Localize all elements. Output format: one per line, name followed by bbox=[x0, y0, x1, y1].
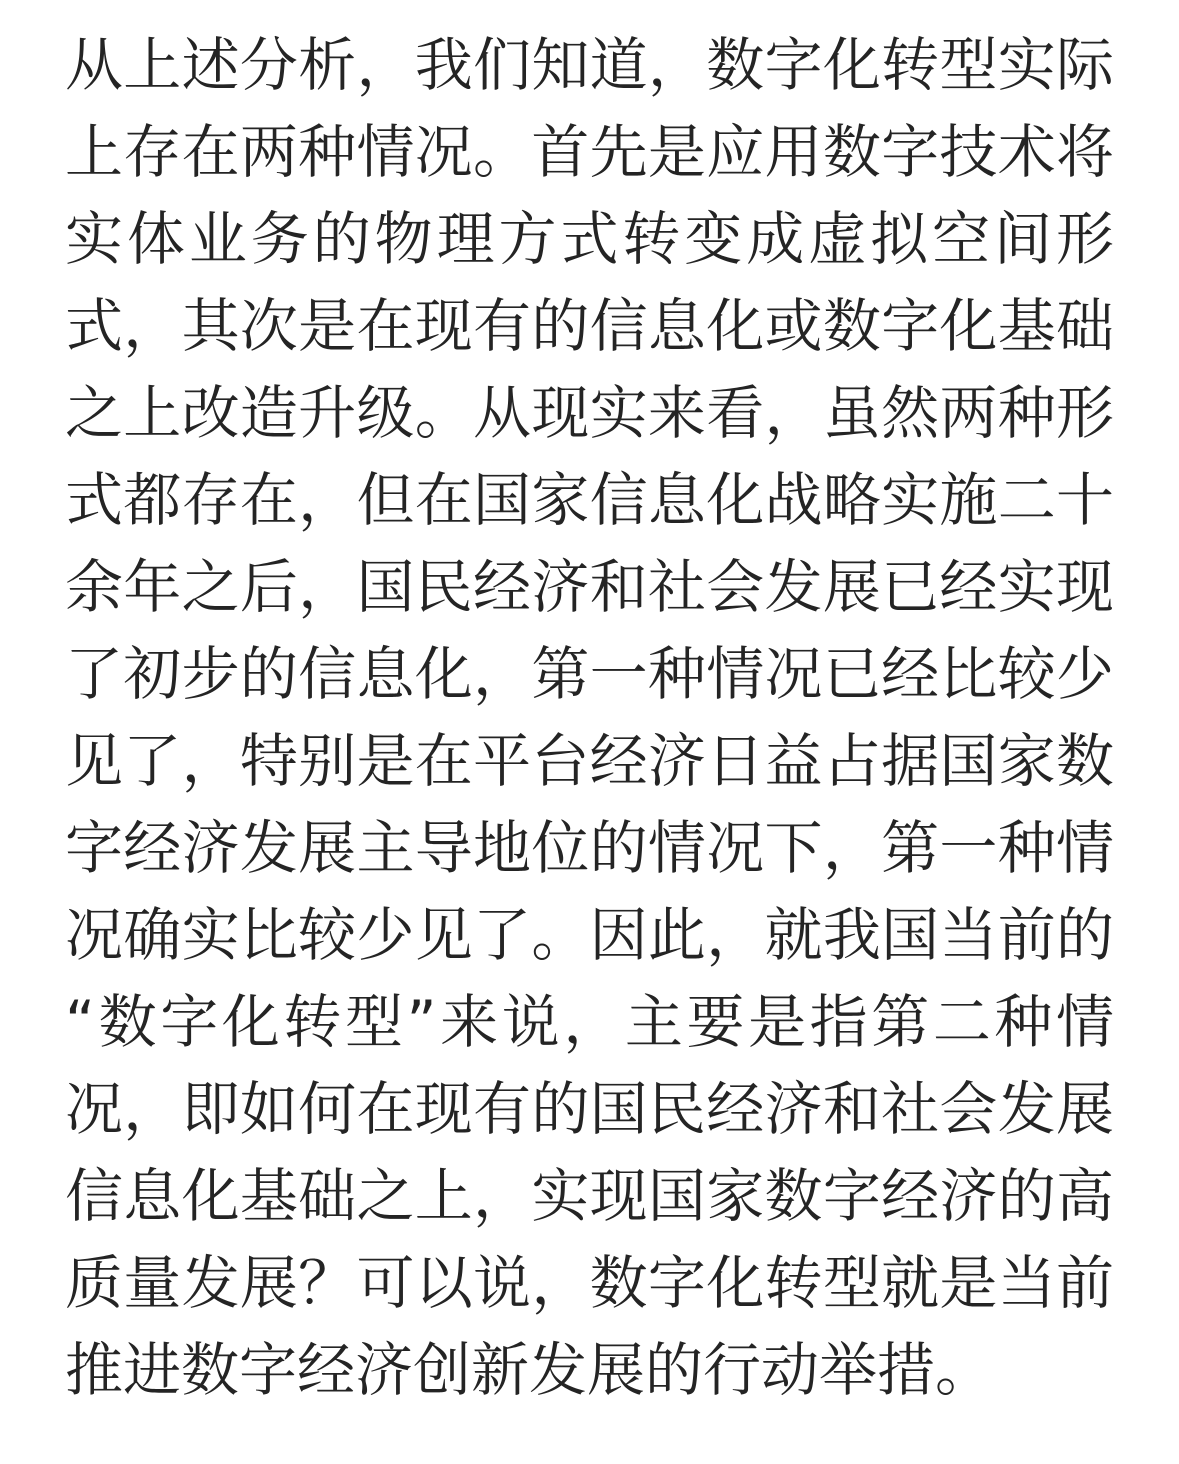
text-line: 从上述分析，我们知道，数字化转型实际 bbox=[65, 22, 1114, 109]
text-line: 式，其次是在现有的信息化或数字化基础 bbox=[65, 283, 1114, 370]
text-line: 见了，特别是在平台经济日益占据国家数 bbox=[65, 718, 1114, 805]
text-line: 了初步的信息化，第一种情况已经比较少 bbox=[65, 631, 1114, 718]
text-line: 之上改造升级。从现实来看，虽然两种形 bbox=[65, 370, 1114, 457]
text-line: 余年之后，国民经济和社会发展已经实现 bbox=[65, 544, 1114, 631]
text-line: 上存在两种情况。首先是应用数字技术将 bbox=[65, 109, 1114, 196]
text-line: 推进数字经济创新发展的行动举措。 bbox=[65, 1327, 1114, 1414]
text-line: 字经济发展主导地位的情况下，第一种情 bbox=[65, 805, 1114, 892]
text-line: 况确实比较少见了。因此，就我国当前的 bbox=[65, 892, 1114, 979]
text-line: 实体业务的物理方式转变成虚拟空间形 bbox=[65, 196, 1114, 283]
text-paragraph: 从上述分析，我们知道，数字化转型实际上存在两种情况。首先是应用数字技术将实体业务… bbox=[65, 22, 1114, 1414]
text-line: 式都存在，但在国家信息化战略实施二十 bbox=[65, 457, 1114, 544]
text-line: “数字化转型”来说，主要是指第二种情 bbox=[65, 979, 1114, 1066]
text-line: 信息化基础之上，实现国家数字经济的高 bbox=[65, 1153, 1114, 1240]
text-line: 况，即如何在现有的国民经济和社会发展 bbox=[65, 1066, 1114, 1153]
page: 从上述分析，我们知道，数字化转型实际上存在两种情况。首先是应用数字技术将实体业务… bbox=[0, 0, 1179, 1464]
text-line: 质量发展？可以说，数字化转型就是当前 bbox=[65, 1240, 1114, 1327]
